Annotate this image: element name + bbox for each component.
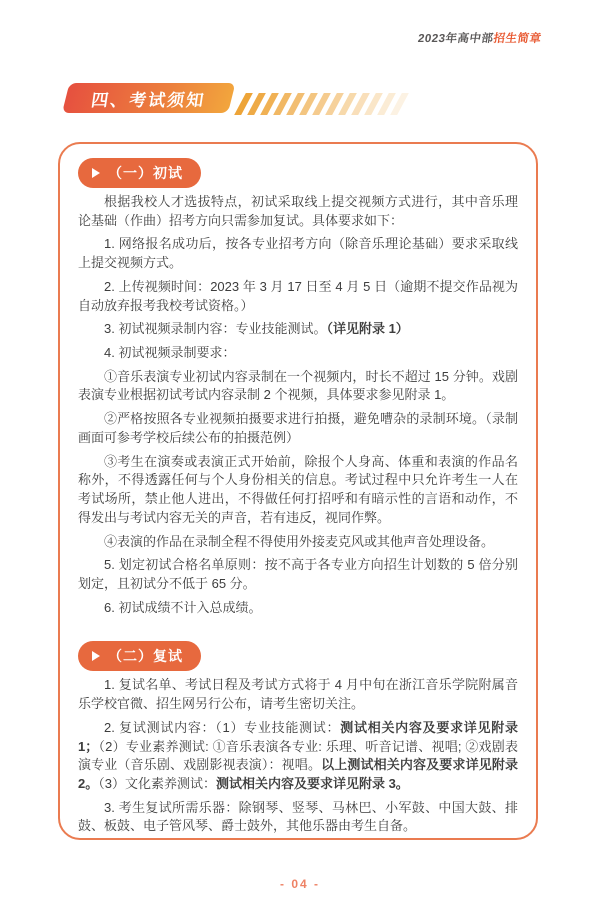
paragraph: 5. 划定初试合格名单原则：按不高于各专业方向招生计划数的 5 倍分别划定，且初… xyxy=(78,556,518,593)
section-banner: 四、考试须知 xyxy=(62,83,228,113)
paragraph: 3. 初试视频录制内容：专业技能测试。（详见附录 1） xyxy=(78,320,518,339)
text-run: 1. 复试名单、考试日程及考试方式将于 4 月中旬在浙江音乐学院附属音乐学校官微… xyxy=(78,677,518,711)
page-number: - 04 - xyxy=(0,877,600,891)
paragraph: ④表演的作品在录制全程不得使用外接麦克风或其他声音处理设备。 xyxy=(78,533,518,552)
header-brand-gray: 2023年高中部 xyxy=(417,33,494,45)
content-card: （一）初试根据我校人才选拔特点，初试采取线上提交视频方式进行，其中音乐理论基础（… xyxy=(58,142,538,840)
paragraph: ③考生在演奏或表演正式开始前，除报个人身高、体重和表演的作品名称外，不得透露任何… xyxy=(78,453,518,528)
banner-title: 四、考试须知 xyxy=(90,86,208,111)
paragraph: 根据我校人才选拔特点，初试采取线上提交视频方式进行，其中音乐理论基础（作曲）招考… xyxy=(78,193,518,230)
paragraph: 2. 上传视频时间：2023 年 3 月 17 日至 4 月 5 日（逾期不提交… xyxy=(78,278,518,315)
text-run: ③考生在演奏或表演正式开始前，除报个人身高、体重和表演的作品名称外，不得透露任何… xyxy=(78,454,518,525)
paragraph: ①音乐表演专业初试内容录制在一个视频内，时长不超过 15 分钟。戏剧表演专业根据… xyxy=(78,368,518,405)
text-run: 2. 上传视频时间：2023 年 3 月 17 日至 4 月 5 日（逾期不提交… xyxy=(78,279,518,313)
bold-text-run: （详见附录 1） xyxy=(326,321,408,336)
paragraph: 1. 网络报名成功后，按各专业招考方向（除音乐理论基础）要求采取线上提交视频方式… xyxy=(78,235,518,272)
text-run: （3）文化素养测试： xyxy=(98,776,216,791)
text-run: ④表演的作品在录制全程不得使用外接麦克风或其他声音处理设备。 xyxy=(104,534,494,549)
page-header: 2023年高中部招生简章 xyxy=(417,30,543,46)
text-run: ①音乐表演专业初试内容录制在一个视频内，时长不超过 15 分钟。戏剧表演专业根据… xyxy=(78,369,518,403)
section-pill: （二）复试 xyxy=(78,641,201,671)
play-triangle-icon xyxy=(92,168,100,178)
text-run: 根据我校人才选拔特点，初试采取线上提交视频方式进行，其中音乐理论基础（作曲）招考… xyxy=(78,194,518,228)
diagonal-stripes-decoration xyxy=(240,93,403,115)
section: （二）复试1. 复试名单、考试日程及考试方式将于 4 月中旬在浙江音乐学院附属音… xyxy=(78,641,518,836)
text-run: 1. 网络报名成功后，按各专业招考方向（除音乐理论基础）要求采取线上提交视频方式… xyxy=(78,236,518,270)
section-title: （一）初试 xyxy=(108,163,183,183)
text-run: 3. 考生复试所需乐器：除钢琴、竖琴、马林巴、小军鼓、中国大鼓、排鼓、板鼓、电子… xyxy=(78,800,518,834)
header-brand-orange: 招生简章 xyxy=(493,33,543,45)
section: （一）初试根据我校人才选拔特点，初试采取线上提交视频方式进行，其中音乐理论基础（… xyxy=(78,158,518,617)
section-pill: （一）初试 xyxy=(78,158,201,188)
paragraph: 1. 复试名单、考试日程及考试方式将于 4 月中旬在浙江音乐学院附属音乐学校官微… xyxy=(78,676,518,713)
paragraph: 2. 复试测试内容：（1）专业技能测试：测试相关内容及要求详见附录 1；（2）专… xyxy=(78,719,518,794)
paragraph: ②严格按照各专业视频拍摄要求进行拍摄，避免嘈杂的录制环境。（录制画面可参考学校后… xyxy=(78,410,518,447)
paragraph: 4. 初试视频录制要求： xyxy=(78,344,518,363)
paragraph: 6. 初试成绩不计入总成绩。 xyxy=(78,599,518,618)
section-title: （二）复试 xyxy=(108,646,183,666)
text-run: ②严格按照各专业视频拍摄要求进行拍摄，避免嘈杂的录制环境。（录制画面可参考学校后… xyxy=(78,411,518,445)
play-triangle-icon xyxy=(92,651,100,661)
paragraph: 3. 考生复试所需乐器：除钢琴、竖琴、马林巴、小军鼓、中国大鼓、排鼓、板鼓、电子… xyxy=(78,799,518,836)
bold-text-run: 测试相关内容及要求详见附录 3。 xyxy=(216,776,409,791)
text-run: 3. 初试视频录制内容：专业技能测试。 xyxy=(104,321,326,336)
text-run: 4. 初试视频录制要求： xyxy=(104,345,235,360)
text-run: 5. 划定初试合格名单原则：按不高于各专业方向招生计划数的 5 倍分别划定，且初… xyxy=(78,557,518,591)
text-run: 2. 复试测试内容：（1）专业技能测试： xyxy=(104,720,340,735)
banner-badge: 四、考试须知 xyxy=(62,83,235,113)
text-run: 6. 初试成绩不计入总成绩。 xyxy=(104,600,261,615)
